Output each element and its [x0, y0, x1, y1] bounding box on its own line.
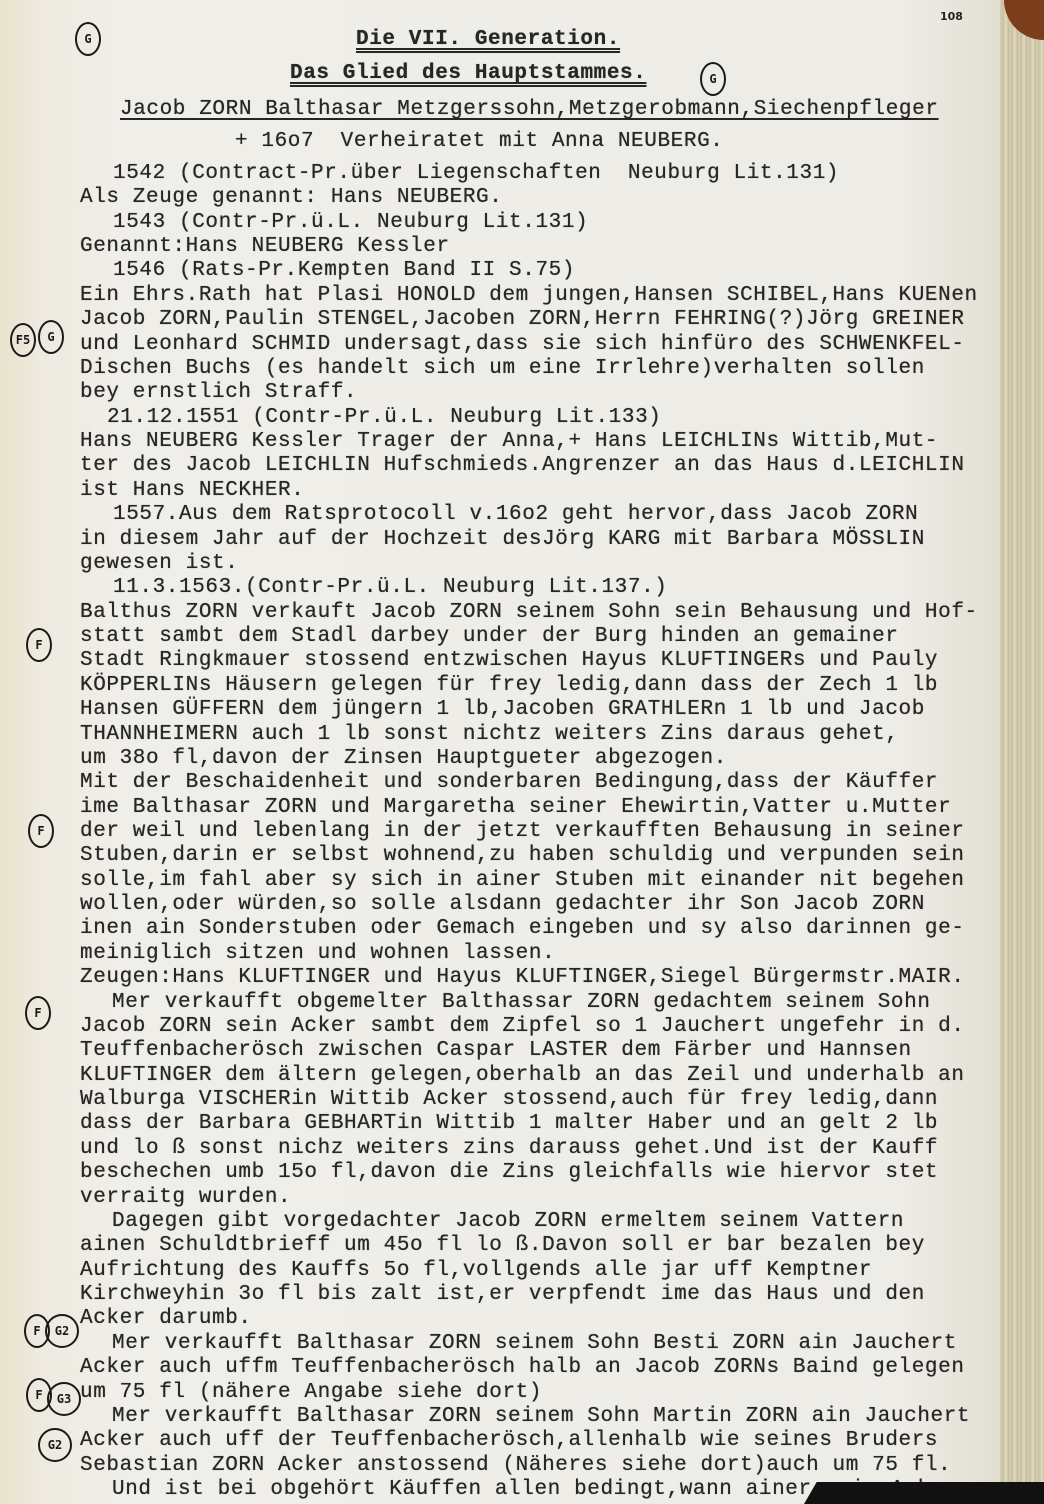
text-line: Balthus ZORN verkauft Jacob ZORN seinem … [80, 601, 978, 625]
text-line: ainen Schuldtbrieff um 45o fl lo ß.Davon… [80, 1234, 925, 1258]
text-line: ist Hans NECKHER. [80, 479, 304, 503]
margin-mark-f: F [26, 628, 52, 662]
main-line-subtitle: Das Glied des Hauptstammes. [290, 62, 646, 86]
text-line: KÖPPERLINs Häusern gelegen für frey ledi… [80, 674, 938, 698]
text-line: inen ain Sonderstuben oder Gemach eingeb… [80, 917, 965, 941]
margin-mark-f: F [28, 814, 54, 848]
book-page-edges [1000, 0, 1044, 1504]
text-line: und lo ß sonst nichz weiters zins daraus… [80, 1137, 938, 1161]
margin-mark-g3: G3 [47, 1382, 81, 1416]
text-line: bey ernstlich Straff. [80, 381, 357, 405]
text-line: 1542 (Contract-Pr.über Liegenschaften Ne… [113, 162, 839, 186]
text-line: statt sambt dem Stadl darbey under der B… [80, 625, 899, 649]
text-line: Acker auch uffm Teuffenbacherösch halb a… [80, 1356, 965, 1380]
text-line: Acker auch uff der Teuffenbacherösch,all… [80, 1429, 938, 1453]
text-line: in diesem Jahr auf der Hochzeit desJörg … [80, 528, 925, 552]
text-line: Stadt Ringkmauer stossend entzwischen Ha… [80, 649, 938, 673]
text-line: ime Balthasar ZORN und Margaretha seiner… [80, 796, 951, 820]
text-line: Hans NEUBERG Kessler Trager der Anna,+ H… [80, 430, 938, 454]
text-line: um 75 fl (nähere Angabe siehe dort) [80, 1381, 542, 1405]
person-heading: Jacob ZORN Balthasar Metzgerssohn,Metzge… [120, 98, 939, 122]
page-number: 108 [940, 10, 963, 23]
text-line: Aufrichtung des Kauffs 5o fl,vollgends a… [80, 1259, 872, 1283]
text-line: Stuben,darin er selbst wohnend,zu haben … [80, 844, 965, 868]
text-line: Mer verkaufft Balthasar ZORN seinem Sohn… [112, 1405, 970, 1429]
text-line: Mer verkaufft obgemelter Balthassar ZORN… [112, 991, 931, 1015]
text-line: 1557.Aus dem Ratsprotocoll v.16o2 geht h… [113, 503, 918, 527]
text-line: wollen,oder würden,so solle alsdann geda… [80, 893, 925, 917]
text-line: um 38o fl,davon der Zinsen Hauptgueter a… [80, 747, 727, 771]
text-line: meiniglich sitzen und wohnen lassen. [80, 942, 555, 966]
text-line: Walburga VISCHERin Wittib Acker stossend… [80, 1088, 938, 1112]
text-line: Mer verkaufft Balthasar ZORN seinem Sohn… [112, 1332, 957, 1356]
text-line: 21.12.1551 (Contr-Pr.ü.L. Neuburg Lit.13… [107, 406, 662, 430]
margin-mark-g: G [75, 22, 101, 56]
text-line: Genannt:Hans NEUBERG Kessler [80, 235, 450, 259]
text-line: Teuffenbacherösch zwischen Caspar LASTER… [80, 1039, 912, 1063]
text-line: verraitg wurden. [80, 1186, 291, 1210]
text-line: Acker darumb. [80, 1307, 252, 1331]
text-line: gewesen ist. [80, 552, 238, 576]
text-line: dass der Barbara GEBHARTin Wittib 1 malt… [80, 1112, 938, 1136]
text-line: und Leonhard SCHMID undersagt,dass sie s… [80, 333, 965, 357]
margin-mark-g2: G2 [38, 1428, 72, 1462]
text-line: Dischen Buchs (es handelt sich um eine I… [80, 357, 925, 381]
margin-mark-f5: F5 [10, 323, 36, 357]
text-line: Dagegen gibt vorgedachter Jacob ZORN erm… [112, 1210, 904, 1234]
text-line: Sebastian ZORN Acker anstossend (Näheres… [80, 1454, 951, 1478]
text-line: THANNHEIMERN auch 1 lb sonst nichtz weit… [80, 723, 899, 747]
text-line: ter des Jacob LEICHLIN Hufschmieds.Angre… [80, 454, 965, 478]
text-line: Jacob ZORN,Paulin STENGEL,Jacoben ZORN,H… [80, 308, 965, 332]
text-line: KLUFTINGER dem ältern gelegen,oberhalb a… [80, 1064, 965, 1088]
text-line: 1546 (Rats-Pr.Kempten Band II S.75) [113, 259, 575, 283]
text-line: Zeugen:Hans KLUFTINGER und Hayus KLUFTIN… [80, 966, 965, 990]
text-line: Als Zeuge genannt: Hans NEUBERG. [80, 186, 502, 210]
text-line: beschechen umb 15o fl,davon die Zins gle… [80, 1161, 938, 1185]
margin-mark-f: F [25, 996, 51, 1030]
text-line: Hansen GÜFFERN dem jüngern 1 lb,Jacoben … [80, 698, 925, 722]
text-line: Ein Ehrs.Rath hat Plasi HONOLD dem junge… [80, 284, 978, 308]
margin-mark-g: G [700, 62, 726, 96]
generation-title: Die VII. Generation. [356, 28, 620, 52]
text-line: 1543 (Contr-Pr.ü.L. Neuburg Lit.131) [113, 211, 588, 235]
text-line: Jacob ZORN sein Acker sambt dem Zipfel s… [80, 1015, 965, 1039]
text-line: 11.3.1563.(Contr-Pr.ü.L. Neuburg Lit.137… [113, 576, 668, 600]
margin-mark-g2: G2 [45, 1314, 79, 1348]
text-line: solle,im fahl aber sy sich in ainer Stub… [80, 869, 965, 893]
text-line: Kirchweyhin 3o fl bis zalt ist,er verpfe… [80, 1283, 925, 1307]
book-shadow [804, 1482, 1044, 1504]
text-line: der weil und lebenlang in der jetzt verk… [80, 820, 965, 844]
margin-mark-g: G [38, 320, 64, 354]
death-marriage-line: + 16o7 Verheiratet mit Anna NEUBERG. [235, 130, 723, 154]
text-line: Mit der Beschaidenheit und sonderbaren B… [80, 771, 938, 795]
